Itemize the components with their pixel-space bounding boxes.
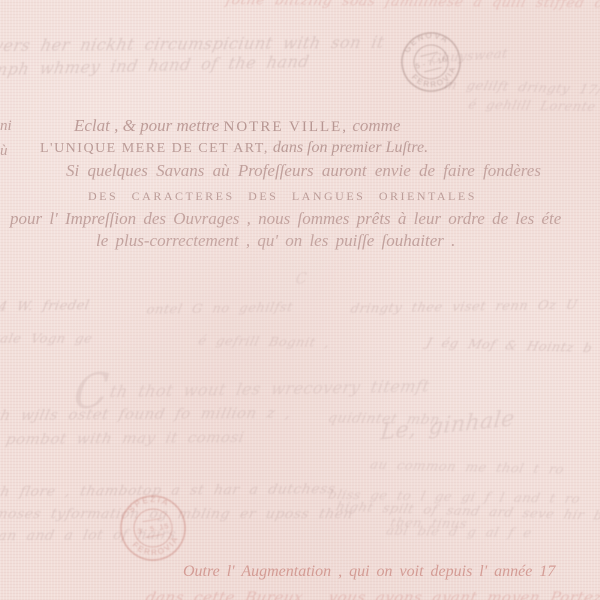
stamp-divider-top xyxy=(143,519,161,522)
printed-specimen-layer: ni ù Eclat , & pour mettre NOTRE VILLE, … xyxy=(0,0,600,600)
specimen-left-fragment-ou: ù xyxy=(0,143,8,160)
specimen-line-caracteres: DES CARACTERES DES LANGUES ORIENTALES xyxy=(88,189,477,204)
specimen-line-eclat-caps: NOTRE VILLE, xyxy=(224,119,349,135)
specimen-line-unique-mere-caps: L'UNIQUE MERE DE CET ART, xyxy=(40,141,269,156)
specimen-left-fragment-ni: ni xyxy=(0,118,12,135)
specimen-line-impression: pour l' Impreſſion des Ouvrages , nous ſ… xyxy=(10,209,561,229)
wallpaper-art: fothe blitzing soas familinese a quill s… xyxy=(0,0,600,600)
footer-augmentation-line: Outre l' Augmentation , qui on voit depu… xyxy=(183,563,555,581)
stamp-divider-bottom xyxy=(146,534,164,537)
specimen-line-eclat-pre: Eclat , & pour mettre xyxy=(74,116,224,135)
specimen-line-unique-mere: L'UNIQUE MERE DE CET ART, dans ſon premi… xyxy=(40,139,428,157)
specimen-line-savans: Si quelques Savans aù Profeſſeurs auront… xyxy=(66,161,541,181)
stamp-divider-bottom xyxy=(424,68,441,72)
stamp-top-arc-text: SPEZIA xyxy=(125,491,172,515)
specimen-line-unique-mere-post: dans ſon premier Luſtre. xyxy=(269,139,428,156)
specimen-line-eclat: Eclat , & pour mettre NOTRE VILLE, comme xyxy=(74,116,400,136)
svg-text:SPEZIA: SPEZIA xyxy=(125,491,172,515)
specimen-line-correctement: le plus-correctement , qu' on les puiſſe… xyxy=(96,231,455,251)
stamp-date-text: 3 - 5. 15 xyxy=(137,521,170,535)
stamp-date-text: 5 - 7. 16 xyxy=(414,54,447,70)
specimen-line-eclat-post: comme xyxy=(348,116,400,135)
postmark-bottom-left-stamp-icon: SPEZIA FERROVIA 3 - 5. 15 xyxy=(106,481,201,576)
